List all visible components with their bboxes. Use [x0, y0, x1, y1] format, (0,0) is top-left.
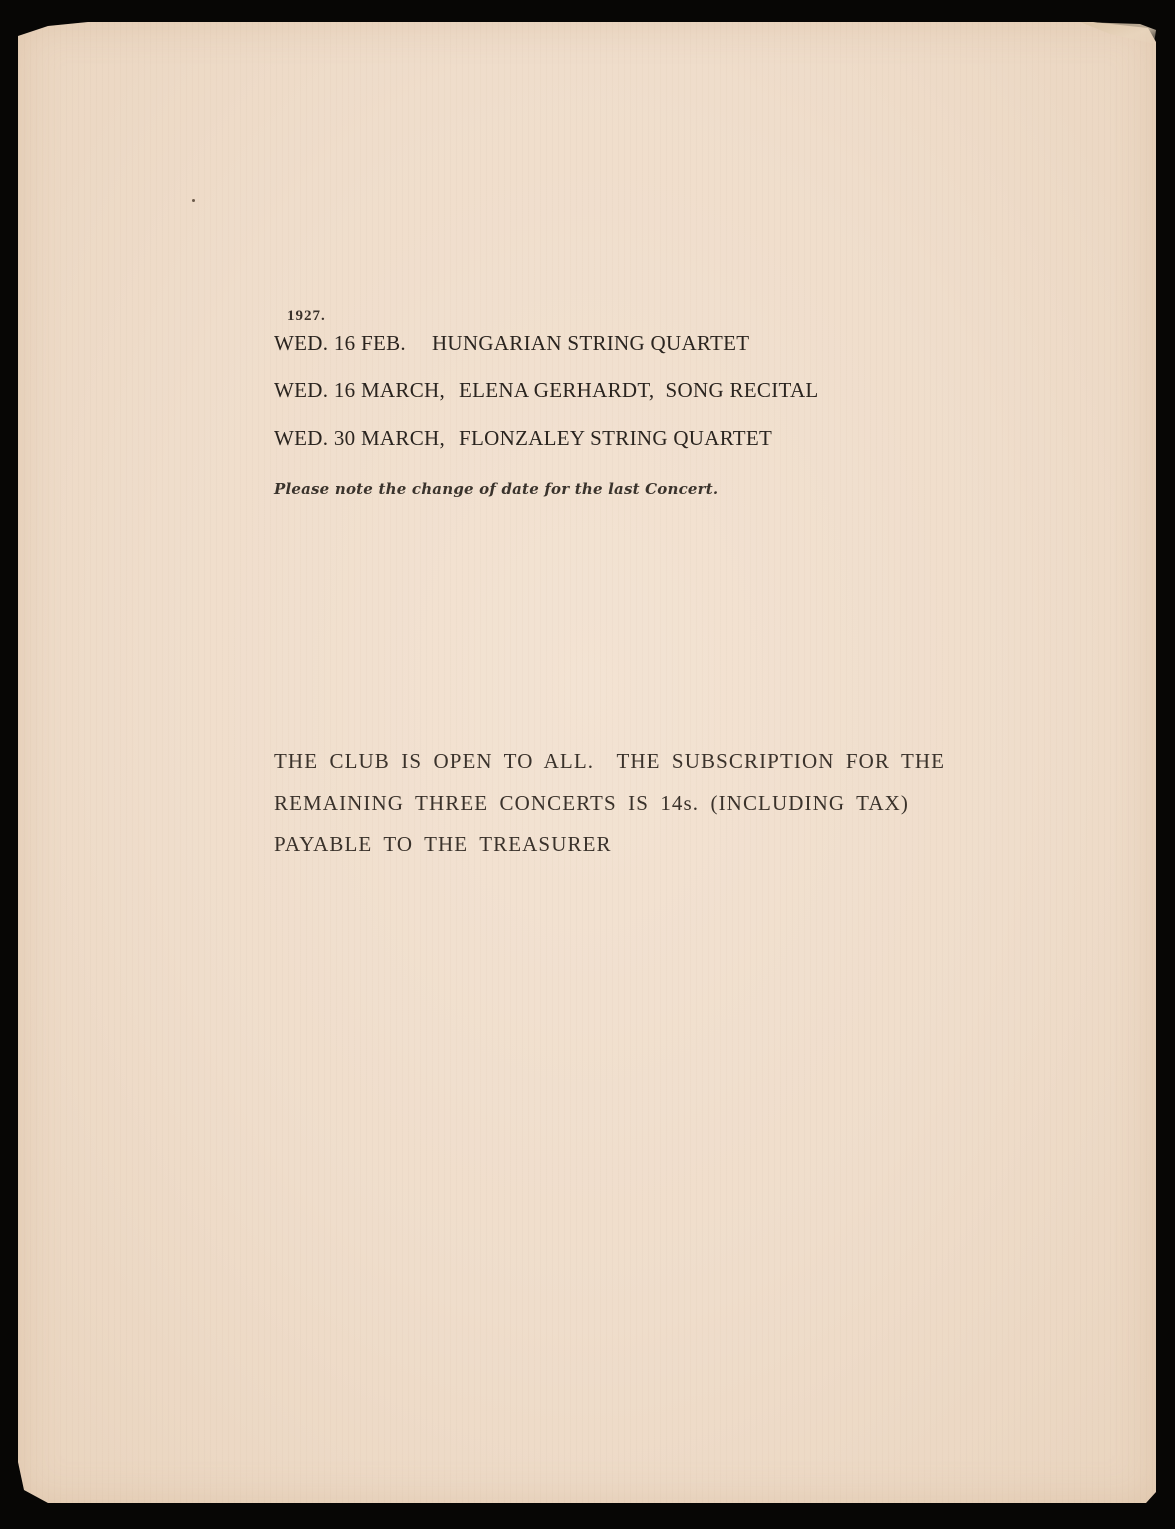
concert-date: WED. 16 MARCH,: [274, 378, 445, 403]
concert-date: WED. 16 FEB.: [274, 331, 406, 356]
year-heading: 1927.: [287, 308, 326, 325]
subscription-line: PAYABLE TO THE TREASURER: [274, 832, 612, 857]
concert-entry: WED. 16 FEB.HUNGARIAN STRING QUARTET: [274, 331, 749, 356]
date-change-note: Please note the change of date for the l…: [274, 480, 718, 498]
subscription-line: THE CLUB IS OPEN TO ALL. THE SUBSCRIPTIO…: [274, 749, 945, 774]
concert-performer: FLONZALEY STRING QUARTET: [459, 426, 772, 451]
concert-performer: ELENA GERHARDT, SONG RECITAL: [459, 378, 819, 403]
concert-entry: WED. 16 MARCH,ELENA GERHARDT, SONG RECIT…: [274, 378, 819, 403]
concert-date: WED. 30 MARCH,: [274, 426, 445, 451]
ink-speck: [192, 199, 195, 202]
subscription-line: REMAINING THREE CONCERTS IS 14s. (INCLUD…: [274, 791, 909, 816]
concert-performer: HUNGARIAN STRING QUARTET: [432, 331, 749, 356]
concert-entry: WED. 30 MARCH,FLONZALEY STRING QUARTET: [274, 426, 772, 451]
